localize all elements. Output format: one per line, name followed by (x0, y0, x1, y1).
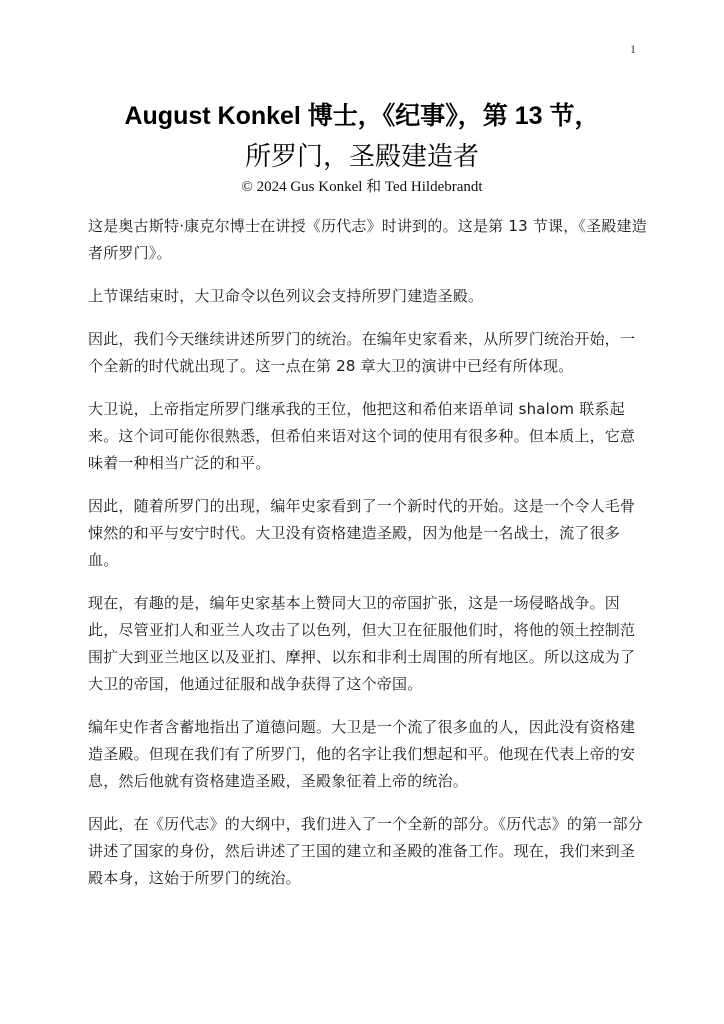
document-header: August Konkel 博士，《纪事》，第 13 节， 所罗门，圣殿建造者 … (0, 96, 724, 198)
page-number: 1 (630, 42, 636, 57)
document-body: 这是奥古斯特·康克尔博士在讲授《历代志》时讲到的。这是第 13 节课，《圣殿建造… (88, 213, 648, 908)
paragraph-last-lecture: 上节课结束时，大卫命令以色列议会支持所罗门建造圣殿。 (88, 283, 648, 310)
paragraph-intro: 这是奥古斯特·康克尔博士在讲授《历代志》时讲到的。这是第 13 节课，《圣殿建造… (88, 213, 648, 267)
copyright-line: © 2024 Gus Konkel 和 Ted Hildebrandt (0, 176, 724, 198)
document-title-line-1: August Konkel 博士，《纪事》，第 13 节， (0, 96, 724, 136)
paragraph-moral-issue: 编年史作者含蓄地指出了道德问题。大卫是一个流了很多血的人，因此没有资格建造圣殿。… (88, 714, 648, 795)
document-title-line-2: 所罗门，圣殿建造者 (0, 136, 724, 176)
paragraph-outline: 因此，在《历代志》的大纲中，我们进入了一个全新的部分。《历代志》的第一部分讲述了… (88, 811, 648, 892)
paragraph-new-era: 因此，随着所罗门的出现，编年史家看到了一个新时代的开始。这是一个令人毛骨悚然的和… (88, 493, 648, 574)
paragraph-solomon-reign: 因此，我们今天继续讲述所罗门的统治。在编年史家看来，从所罗门统治开始，一个全新的… (88, 326, 648, 380)
paragraph-david-empire: 现在，有趣的是，编年史家基本上赞同大卫的帝国扩张，这是一场侵略战争。因此，尽管亚… (88, 590, 648, 698)
paragraph-shalom: 大卫说，上帝指定所罗门继承我的王位，他把这和希伯来语单词 shalom 联系起来… (88, 396, 648, 477)
